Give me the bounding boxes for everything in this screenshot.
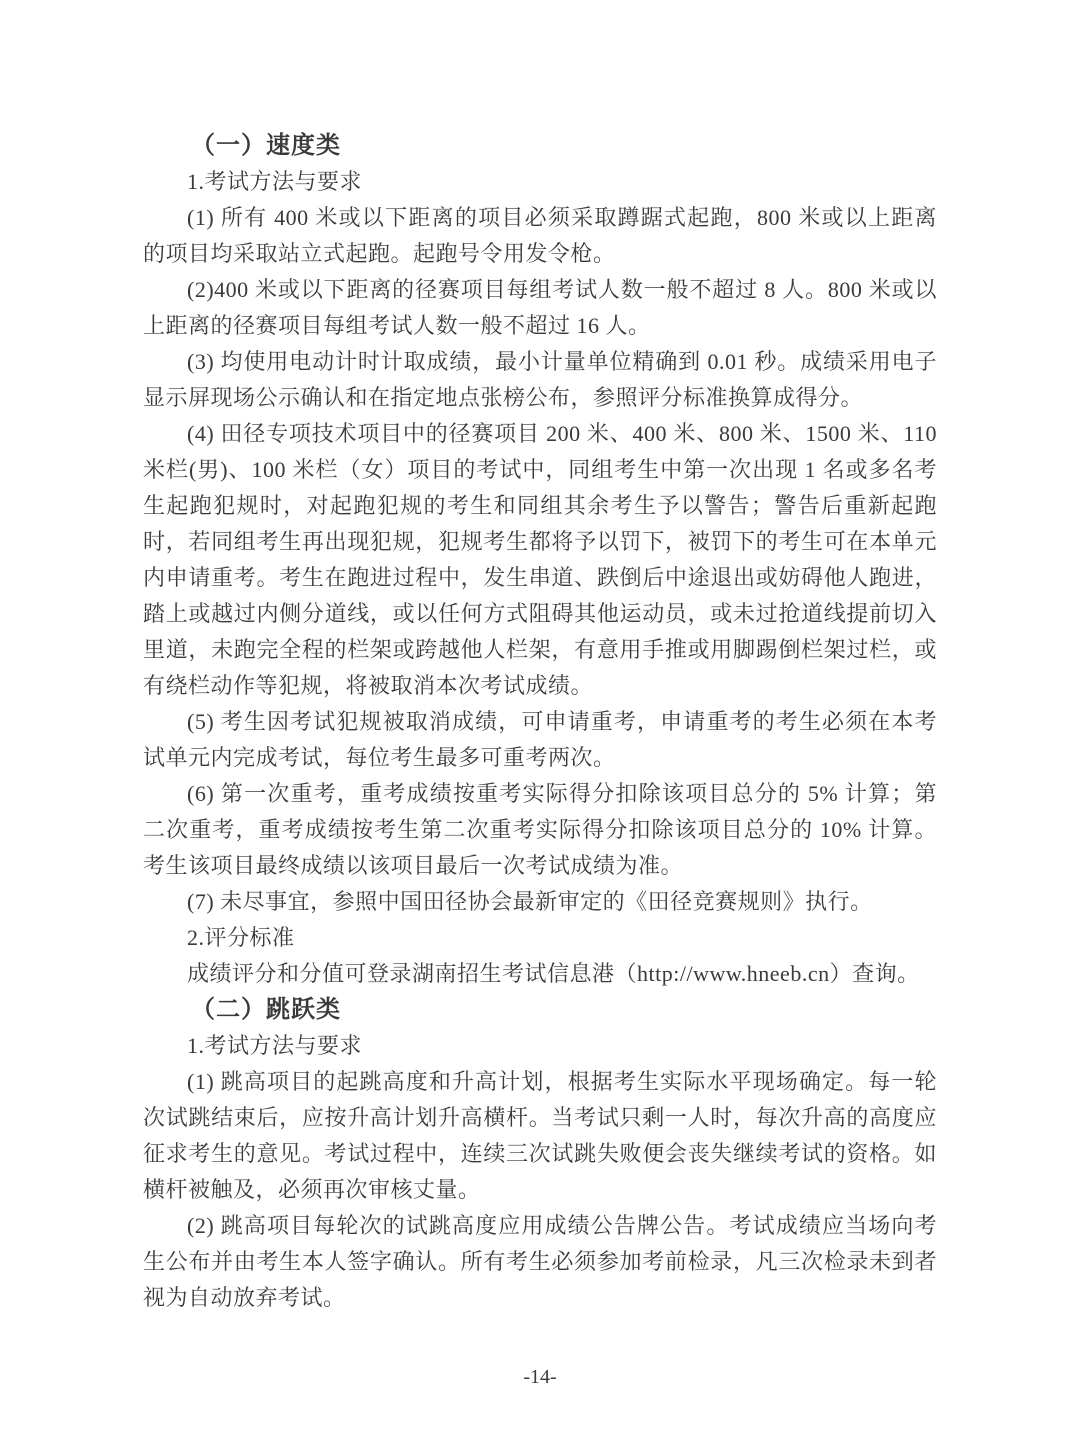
page-number: -14- — [0, 1366, 1080, 1389]
section-heading-jumping: （二）跳跃类 — [143, 992, 937, 1028]
scoring-standard-subheading: 2.评分标准 — [143, 920, 937, 956]
speed-item-1: (1) 所有 400 米或以下距离的项目必须采取蹲踞式起跑，800 米或以上距离… — [143, 200, 937, 272]
speed-item-7: (7) 未尽事宜，参照中国田径协会最新审定的《田径竞赛规则》执行。 — [143, 884, 937, 920]
jumping-methods-subheading: 1.考试方法与要求 — [143, 1028, 937, 1064]
document-body: （一）速度类 1.考试方法与要求 (1) 所有 400 米或以下距离的项目必须采… — [143, 128, 937, 1316]
speed-item-4: (4) 田径专项技术项目中的径赛项目 200 米、400 米、800 米、150… — [143, 416, 937, 704]
speed-item-5: (5) 考生因考试犯规被取消成绩，可申请重考，申请重考的考生必须在本考试单元内完… — [143, 704, 937, 776]
section-heading-speed: （一）速度类 — [143, 128, 937, 164]
scoring-standard-text: 成绩评分和分值可登录湖南招生考试信息港（http://www.hneeb.cn）… — [143, 956, 937, 992]
jumping-item-1: (1) 跳高项目的起跳高度和升高计划，根据考生实际水平现场确定。每一轮次试跳结束… — [143, 1064, 937, 1208]
speed-methods-subheading: 1.考试方法与要求 — [143, 164, 937, 200]
jumping-item-2: (2) 跳高项目每轮次的试跳高度应用成绩公告牌公告。考试成绩应当场向考生公布并由… — [143, 1208, 937, 1316]
speed-item-3: (3) 均使用电动计时计取成绩，最小计量单位精确到 0.01 秒。成绩采用电子显… — [143, 344, 937, 416]
document-page: （一）速度类 1.考试方法与要求 (1) 所有 400 米或以下距离的项目必须采… — [0, 0, 1080, 1455]
speed-item-2: (2)400 米或以下距离的径赛项目每组考试人数一般不超过 8 人。800 米或… — [143, 272, 937, 344]
speed-item-6: (6) 第一次重考，重考成绩按重考实际得分扣除该项目总分的 5% 计算；第二次重… — [143, 776, 937, 884]
